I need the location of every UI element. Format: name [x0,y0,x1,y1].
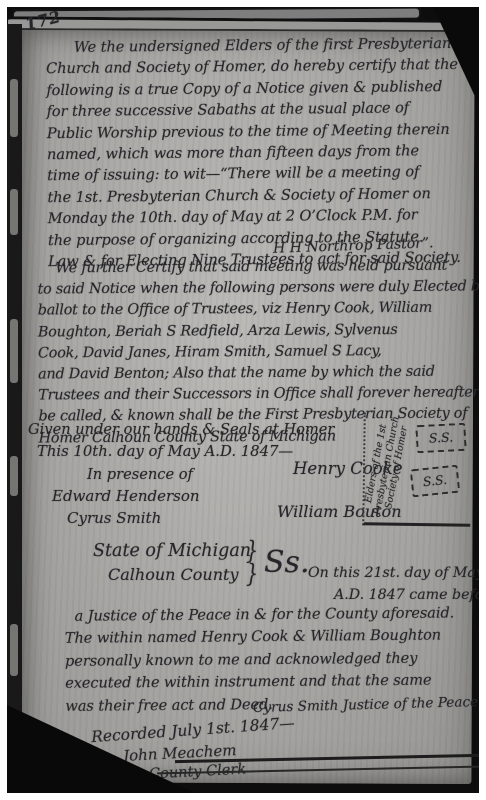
book-binding-edge [7,24,22,793]
handwritten-line: We further Certify that said meeting was… [37,256,463,280]
acknowledgment-date-line: On this 21st. day of May [308,565,479,581]
venue-brace: } [246,559,258,589]
binding-stitch [10,189,18,235]
presence-label: In presence of [87,466,193,483]
handwritten-line: executed the within instrument and that … [65,669,479,695]
venue-state-line: State of Michigan [93,541,251,561]
binding-stitch [10,79,18,137]
witness-signature: Edward Henderson [52,487,200,505]
execution-date-line: This 10th. day of May A.D. 1847— [37,443,293,460]
acknowledgment-date-line: A.D. 1847 came before me [334,587,479,603]
handwritten-line: ballot to the Office of Trustees, viz He… [38,298,464,322]
testimonium-line: Given under our hands & Seals at Homer [28,421,334,438]
witness-signature: Cyrus Smith [67,509,161,527]
scan-frame: 172 We the undersigned Elders of the fir… [7,7,479,793]
venue-county-line: Calhoun County [108,565,238,584]
handwritten-line: The within named Henry Cook & William Bo… [65,625,479,651]
handwritten-line: Boughton, Beriah S Redfield, Arza Lewis,… [38,319,464,343]
handwritten-line: Cook, David Janes, Hiram Smith, Samuel S… [38,340,464,364]
binding-stitch [10,624,18,676]
seal-box: S.S. [410,465,461,498]
seal-box: S.S. [415,423,466,454]
handwritten-line: to said Notice when the following person… [37,277,463,301]
binding-stitch [10,456,18,496]
scanned-document-screenshot: { "document": { "page_number": "172", "c… [0,0,486,800]
scilicet-abbreviation: Ss. [264,545,309,580]
binding-stitch [10,319,18,383]
handwritten-line: and David Benton; Also that the name by … [38,362,464,386]
handwritten-line: Trustees and their Successors in Office … [38,383,464,407]
